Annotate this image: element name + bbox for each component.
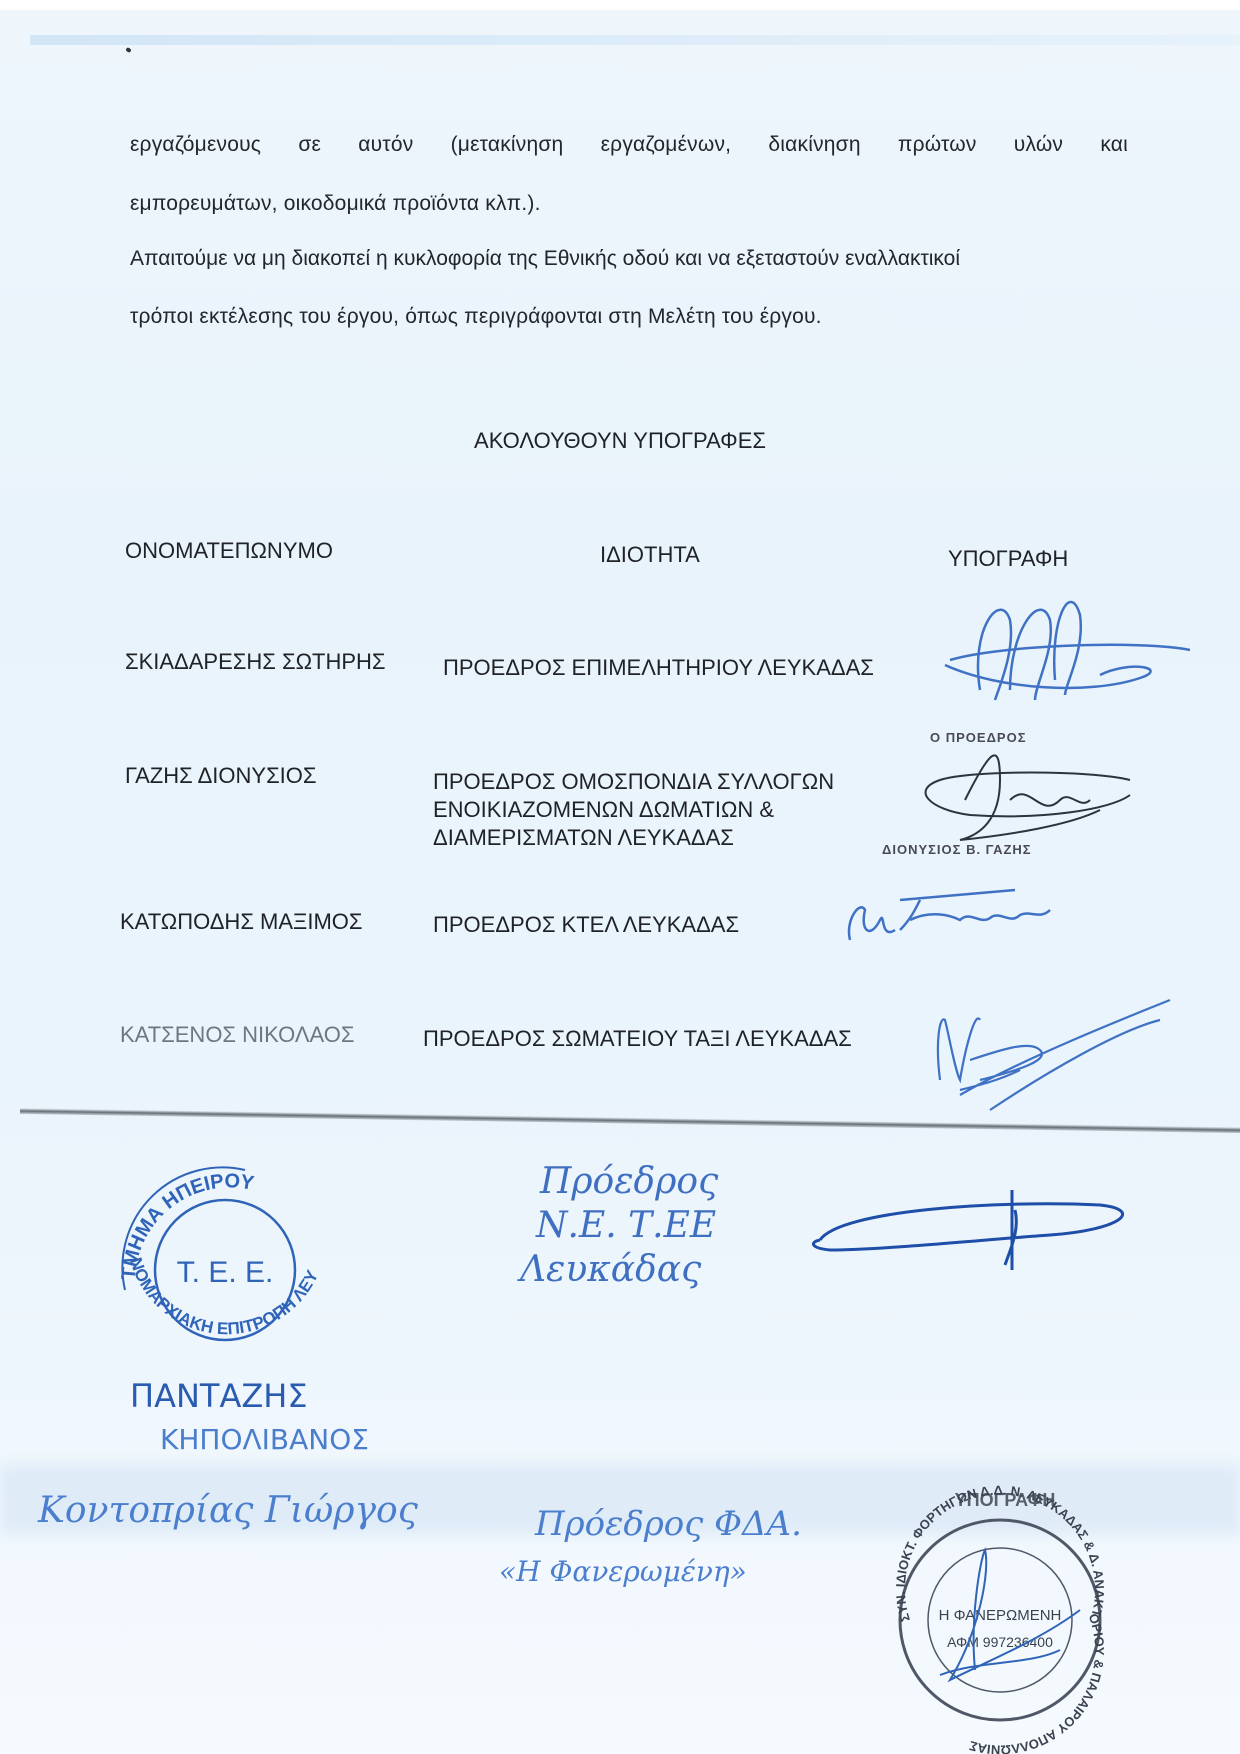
handwritten-tee-role: Πρόεδρος Ν.Ε. Τ.ΕΕ Λευκάδας [540, 1160, 718, 1292]
handwritten-line: Λευκάδας [520, 1248, 718, 1292]
signatory-name: ΓΑΖΗΣ ΔΙΟΝΥΣΙΟΣ [125, 764, 317, 788]
handwritten-line: Ν.Ε. Τ.ΕΕ [536, 1204, 718, 1248]
signatory-capacity: ΠΡΟΕΔΡΟΣ ΚΤΕΛ ΛΕΥΚΑΔΑΣ [433, 913, 739, 937]
paragraph-line-1: εργαζόμενους σε αυτόν (μετακίνηση εργαζο… [130, 133, 1128, 157]
signatory-capacity-line-3: ΔΙΑΜΕΡΙΣΜΑΤΩΝ ΛΕΥΚΑΔΑΣ [433, 826, 734, 850]
tee-stamp-center: Τ. Ε. Ε. [177, 1256, 274, 1289]
paragraph-line-3: Απαιτούμε να μη διακοπεί η κυκλοφορία τη… [130, 247, 960, 271]
signature-1 [940, 590, 1200, 710]
tee-stamp: ΤΜΗΜΑ ΗΠΕΙΡΟΥ ΝΟΜΑΡΧΙΑΚΗ ΕΠΙΤΡΟΠΗ ΛΕΥΚΑΔ… [105, 1150, 345, 1390]
handwritten-line: Πρόεδρος [540, 1160, 718, 1204]
stamp-name: Η ΦΑΝΕΡΩΜΕΝΗ [939, 1607, 1062, 1624]
signatory-capacity-line-2: ΕΝΟΙΚΙΑΖΟΜΕΝΩΝ ΔΩΜΑΤΙΩΝ & [433, 798, 774, 822]
handwritten-line: Πρόεδρος ΦΔΑ. [535, 1500, 802, 1548]
handwritten-fda-role: Πρόεδρος ΦΔΑ. «Η Φανερωμένη» [535, 1500, 802, 1596]
header-capacity: ΙΔΙΟΤΗΤΑ [600, 542, 700, 568]
scan-speck [125, 47, 131, 53]
signature-4 [920, 1000, 1180, 1140]
signatory-capacity: ΠΡΟΕΔΡΟΣ ΕΠΙΜΕΛΗΤΗΡΙΟΥ ΛΕΥΚΑΔΑΣ [443, 656, 874, 680]
signatory-name: ΚΑΤΣΕΝΟΣ ΝΙΚΟΛΑΟΣ [120, 1023, 354, 1047]
signatory-name: ΣΚΙΑΔΑΡΕΣΗΣ ΣΩΤΗΡΗΣ [125, 650, 386, 674]
scanned-page: εργαζόμενους σε αυτόν (μετακίνηση εργαζο… [0, 10, 1240, 1754]
signatures-title: ΑΚΟΛΟΥΘΟΥΝ ΥΠΟΓΡΑΦΕΣ [0, 428, 1240, 454]
signature-2 [890, 740, 1140, 850]
fanaromeni-stamp: ΥΠΟΓΡΑΦΗ ΣΥΝ. ΙΔΙΟΚΤ. ΦΟΡΤΗΓΩΝ Δ.Δ. Ν. Λ… [880, 1490, 1120, 1740]
handwritten-kontoprias: Κοντοπρίας Γιώργος [38, 1490, 418, 1531]
signature-tee [800, 1190, 1140, 1270]
header-name: ΟΝΟΜΑΤΕΠΩΝΥΜΟ [125, 538, 333, 564]
handwritten-line: ΚΗΠΟΛΙΒΑΝΟΣ [160, 1418, 369, 1462]
handwritten-line: «Η Φανερωμένη» [499, 1548, 802, 1596]
signatory-capacity: ΠΡΟΕΔΡΟΣ ΣΩΜΑΤΕΙΟΥ ΤΑΞΙ ΛΕΥΚΑΔΑΣ [423, 1027, 852, 1051]
header-signature: ΥΠΟΓΡΑΦΗ [948, 546, 1068, 572]
paragraph-line-2: εμπορευμάτων, οικοδομικά προϊόντα κλπ.). [130, 192, 541, 216]
signatory-capacity-line-1: ΠΡΟΕΔΡΟΣ ΟΜΟΣΠΟΝΔΙΑ ΣΥΛΛΟΓΩΝ [433, 770, 834, 794]
handwritten-tee-name: ΠΑΝΤΑΖΗΣ ΚΗΠΟΛΙΒΑΝΟΣ [130, 1374, 369, 1462]
paragraph-line-4: τρόποι εκτέλεσης του έργου, όπως περιγρά… [130, 305, 822, 329]
stamp-gazis-bottom: ΔΙΟΝΥΣΙΟΣ Β. ΓΑΖΗΣ [882, 842, 1032, 857]
signature-3 [840, 880, 1060, 950]
handwritten-line: ΠΑΝΤΑΖΗΣ [130, 1374, 369, 1418]
signatory-name: ΚΑΤΩΠΟΔΗΣ ΜΑΞΙΜΟΣ [120, 910, 362, 934]
